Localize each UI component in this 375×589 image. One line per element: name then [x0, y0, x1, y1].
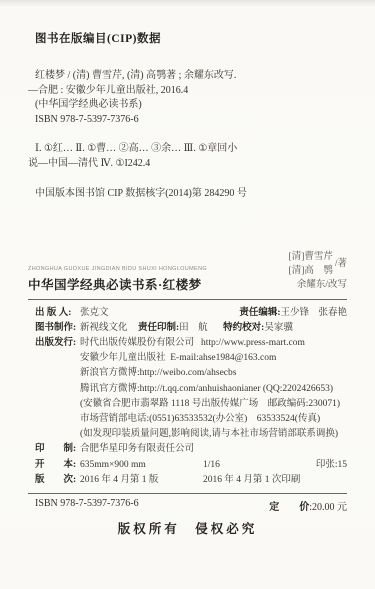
colophon-block: 出 版 人:张克文责任编辑:王少锋 张春艳 图书制作:新视线文化责任印制:田 航…: [28, 306, 347, 488]
publisher-value: 张克文: [80, 306, 239, 321]
series-pinyin: ZHONGHUA GUOXUE JINGDIAN BIDU SHUXI HONG…: [28, 266, 207, 272]
cip-registration: 中国版本图书馆 CIP 数据核字(2014)第 284290 号: [28, 184, 347, 199]
quality-note-text: (如发现印装质量问题,影响阅读,请与本社市场营销部联系调换): [80, 427, 338, 442]
adapter-credit: 余耀东/改写: [289, 279, 347, 293]
copyright-notice: 版权所有 侵权必究: [28, 519, 347, 537]
series-block: ZHONGHUA GUOXUE JINGDIAN BIDU SHUXI HONG…: [28, 266, 207, 293]
address-row: (安徽省合肥市翡翠路 1118 号出版传媒广场 邮政编码:230071): [28, 397, 347, 412]
tencent-weibo-row: 腾讯官方微博:http://t.qq.com/anhuishaonianer (…: [28, 382, 347, 397]
quality-note-row: (如发现印装质量问题,影响阅读,请与本社市场营销部联系调换): [28, 427, 347, 442]
series-author-row: ZHONGHUA GUOXUE JINGDIAN BIDU SHUXI HONG…: [28, 251, 347, 293]
proofreader-label: 特约校对:: [223, 321, 264, 336]
production-value: 新视线文化: [80, 321, 138, 336]
series-title: 中华国学经典必读书系·红楼梦: [28, 275, 207, 293]
edition-row: 版 次:2016 年 4 月第 1 版2016 年 4 月第 1 次印刷: [28, 473, 347, 488]
print-supervisor-label: 责任印制:: [138, 321, 179, 336]
printer-label: 印 制:: [35, 442, 80, 457]
publisher-label: 出 版 人:: [35, 306, 80, 321]
cip-line-title: 红楼梦 / (清) 曹雪芹, (清) 高鹗著 ; 余耀东改写.: [28, 69, 347, 84]
imprint-email: 安徽少年儿童出版社 E-mail:ahse1984@163.com: [80, 351, 276, 366]
weibo-url: 新浪官方微博:http://weibo.com/ahsecbs: [80, 366, 236, 381]
isbn-price-row: ISBN 978-7-5397-7376-6 定 价:20.00 元: [28, 498, 347, 513]
cip-header: 图书在版编目(CIP)数据: [28, 30, 347, 46]
publisher-row: 出 版 人:张克文责任编辑:王少锋 张春艳: [28, 306, 347, 321]
weibo-row: 新浪官方微博:http://weibo.com/ahsecbs: [28, 366, 347, 381]
divider-rule-top: [28, 299, 347, 300]
format-label: 开 本:: [35, 458, 80, 473]
format-value: 635mm×900 mm: [80, 458, 203, 473]
production-row: 图书制作:新视线文化责任印制:田 航特约校对:吴家骥: [28, 321, 347, 336]
author-block: [清]曹雪芹 [清]高 鹗 /著 余耀东/改写: [289, 251, 347, 293]
proofreader-value: 吴家骥: [264, 321, 293, 336]
price-value: :20.00 元: [309, 502, 347, 513]
phone-row: 市场营销部电话:(0551)63533532(办公室) 63533524(传真): [28, 412, 347, 427]
publisher-website-url: http://www.press-mart.com: [201, 336, 305, 351]
cip-line-publisher: —合肥 : 安徽少年儿童出版社, 2016.4: [28, 84, 347, 99]
author-name-1: [清]曹雪芹: [289, 251, 333, 265]
printing-run-value: 2016 年 4 月第 1 次印刷: [203, 473, 300, 488]
classification-line-1: Ⅰ. ①红… Ⅱ. ①曹… ②高… ③余… Ⅲ. ①章回小: [28, 142, 347, 157]
distribution-label: 出版发行:: [35, 336, 80, 351]
production-label: 图书制作:: [35, 321, 80, 336]
author-name-2: [清]高 鹗: [289, 265, 333, 279]
cip-line-isbn: ISBN 978-7-5397-7376-6: [28, 113, 347, 128]
price-label: 定 价: [269, 502, 309, 513]
distribution-value: 时代出版传媒股份有限公司: [80, 336, 194, 351]
format-fraction: 1/16: [203, 458, 316, 473]
copyright-page: 图书在版编目(CIP)数据 红楼梦 / (清) 曹雪芹, (清) 高鹗著 ; 余…: [0, 0, 375, 589]
tencent-weibo-url: 腾讯官方微博:http://t.qq.com/anhuishaonianer (…: [80, 382, 333, 397]
isbn-text: ISBN 978-7-5397-7376-6: [35, 498, 139, 513]
printer-row: 印 制:合肥华星印务有限责任公司: [28, 442, 347, 457]
divider-rule-bottom: [28, 493, 347, 494]
edition-value: 2016 年 4 月第 1 版: [80, 473, 203, 488]
print-supervisor-value: 田 航: [179, 321, 223, 336]
author-role: /著: [335, 258, 347, 272]
phone-text: 市场营销部电话:(0551)63533532(办公室) 63533524(传真): [80, 412, 320, 427]
printer-value: 合肥华星印务有限责任公司: [80, 442, 194, 457]
editor-label: 责任编辑:: [239, 306, 280, 321]
distribution-row: 出版发行:时代出版传媒股份有限公司http://www.press-mart.c…: [28, 336, 347, 351]
format-row: 开 本:635mm×900 mm1/16印张:15: [28, 458, 347, 473]
imprint-row: 安徽少年儿童出版社 E-mail:ahse1984@163.com: [28, 351, 347, 366]
cip-block: 红楼梦 / (清) 曹雪芹, (清) 高鹗著 ; 余耀东改写. —合肥 : 安徽…: [28, 69, 347, 127]
cip-line-series: (中华国学经典必读书系): [28, 98, 347, 113]
edition-label: 版 次:: [35, 473, 80, 488]
editor-value: 王少锋 张春艳: [280, 306, 347, 321]
classification-block: Ⅰ. ①红… Ⅱ. ①曹… ②高… ③余… Ⅲ. ①章回小 说—中国—清代 Ⅳ.…: [28, 142, 347, 171]
address-text: (安徽省合肥市翡翠路 1118 号出版传媒广场 邮政编码:230071): [80, 397, 340, 412]
sheets-value: 印张:15: [316, 458, 347, 473]
classification-line-2: 说—中国—清代 Ⅳ. ①I242.4: [28, 157, 347, 172]
